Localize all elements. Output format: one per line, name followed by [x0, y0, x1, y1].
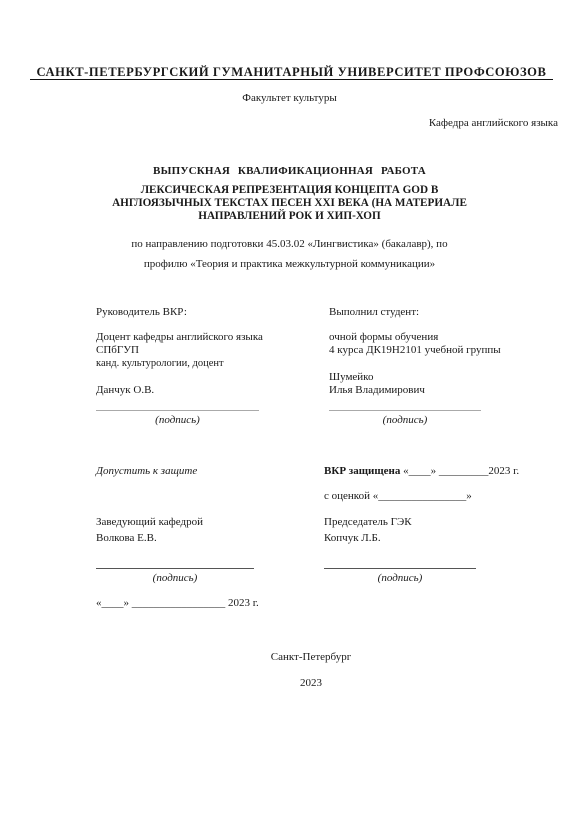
year: 2023: [0, 677, 579, 690]
defended-label: ВКР защищена: [324, 465, 400, 477]
supervisor-position-line: СПбГУП: [96, 344, 263, 357]
supervisor-signature-line: [96, 410, 259, 411]
student-info: очной формы обучения 4 курса ДК19Н2101 у…: [329, 331, 501, 357]
city: Санкт-Петербург: [0, 651, 579, 664]
head-of-department-signature-caption: (подпись): [96, 572, 254, 584]
topic-line: НАПРАВЛЕНИЙ РОК И ХИП-ХОП: [60, 210, 519, 223]
supervisor-position-line: Доцент кафедры английского языка: [96, 331, 263, 344]
head-of-department-date: «____» _________________ 2023 г.: [96, 597, 259, 610]
supervisor-position: Доцент кафедры английского языка СПбГУП …: [96, 331, 263, 370]
study-direction: по направлению подготовки 45.03.02 «Линг…: [0, 238, 579, 250]
thesis-topic: ЛЕКСИЧЕСКАЯ РЕПРЕЗЕНТАЦИЯ КОНЦЕПТА GOD В…: [60, 184, 519, 223]
study-profile: профилю «Теория и практика межкультурной…: [0, 258, 579, 270]
chairman-signature-line: [324, 568, 476, 569]
supervisor-position-line: канд. культурологии, доцент: [96, 357, 263, 370]
student-info-line: очной формы обучения: [329, 331, 501, 344]
topic-line: АНГЛОЯЗЫЧНЫХ ТЕКСТАХ ПЕСЕН XXI ВЕКА (НА …: [60, 197, 519, 210]
head-of-department-name: Волкова Е.В.: [96, 532, 157, 545]
head-of-department-label: Заведующий кафедрой: [96, 516, 203, 529]
supervisor-label: Руководитель ВКР:: [96, 306, 187, 319]
chairman-signature-caption: (подпись): [324, 572, 476, 584]
topic-line: ЛЕКСИЧЕСКАЯ РЕПРЕЗЕНТАЦИЯ КОНЦЕПТА GOD В: [60, 184, 519, 197]
chairman-label: Председатель ГЭК: [324, 516, 412, 529]
student-surname: Шумейко: [329, 371, 425, 384]
defended-date: «____» _________2023 г.: [403, 465, 519, 477]
chairman-name: Копчук Л.Б.: [324, 532, 381, 545]
student-signature-caption: (подпись): [329, 414, 481, 426]
supervisor-signature-caption: (подпись): [96, 414, 259, 426]
defense-status: ВКР защищена «____» _________2023 г.: [324, 465, 519, 478]
work-type-title: ВЫПУСКНАЯ КВАЛИФИКАЦИОННАЯ РАБОТА: [0, 165, 579, 177]
student-given-names: Илья Владимирович: [329, 384, 425, 397]
department-name: Кафедра английского языка: [429, 117, 558, 129]
grade-line: с оценкой «________________»: [324, 490, 472, 503]
admit-to-defense-label: Допустить к защите: [96, 465, 197, 478]
head-of-department-signature-line: [96, 568, 254, 569]
student-signature-line: [329, 410, 481, 411]
university-name: САНКТ-ПЕТЕРБУРГСКИЙ ГУМАНИТАРНЫЙ УНИВЕРС…: [30, 65, 553, 80]
supervisor-name: Данчук О.В.: [96, 384, 154, 397]
header-rule: [30, 79, 553, 80]
student-info-line: 4 курса ДК19Н2101 учебной группы: [329, 344, 501, 357]
student-label: Выполнил студент:: [329, 306, 419, 319]
student-name: Шумейко Илья Владимирович: [329, 371, 425, 397]
faculty-name: Факультет культуры: [0, 92, 579, 104]
